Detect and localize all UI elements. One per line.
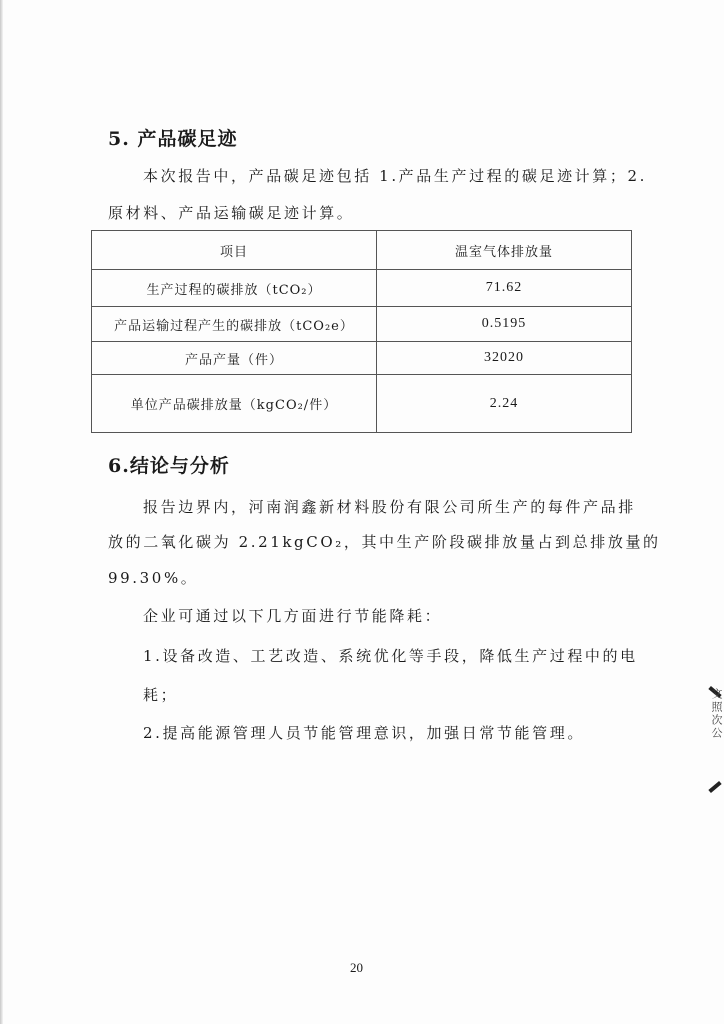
section-5-heading: 5. 产品碳足迹	[108, 124, 237, 151]
carbon-footprint-table: 项目 温室气体排放量 生产过程的碳排放（tCO₂） 71.62 产品运输过程产生…	[91, 230, 632, 433]
row-item: 生产过程的碳排放（tCO₂）	[92, 270, 377, 307]
header-item: 项目	[92, 231, 377, 270]
row-value: 32020	[377, 342, 632, 375]
page-edge	[0, 0, 3, 1024]
row-item: 单位产品碳排放量（kgCO₂/件）	[92, 375, 377, 433]
section-5-paragraph-line-1: 本次报告中，产品碳足迹包括 1.产品生产过程的碳足迹计算；2.	[143, 165, 647, 186]
header-emissions: 温室气体排放量	[377, 231, 632, 270]
row-value: 2.24	[377, 375, 632, 433]
table-row: 单位产品碳排放量（kgCO₂/件） 2.24	[92, 375, 632, 433]
table-header-row: 项目 温室气体排放量	[92, 231, 632, 270]
table-row: 产品产量（件） 32020	[92, 342, 632, 375]
section-6-p1-line-2: 放的二氧化碳为 2.21kgCO₂，其中生产阶段碳排放量占到总排放量的	[108, 531, 661, 552]
row-item: 产品产量（件）	[92, 342, 377, 375]
section-6-p1-line-1: 报告边界内，河南润鑫新材料股份有限公司所生产的每件产品排	[143, 496, 636, 517]
row-value: 0.5195	[377, 307, 632, 342]
recommendation-1-line-1: 1.设备改造、工艺改造、系统优化等手段，降低生产过程中的电	[143, 645, 638, 666]
seal-stamp-fragment: 文照次公	[702, 688, 724, 788]
row-item: 产品运输过程产生的碳排放（tCO₂e）	[92, 307, 377, 342]
recommendation-2: 2.提高能源管理人员节能管理意识，加强日常节能管理。	[143, 722, 585, 743]
section-6-p2: 企业可通过以下几方面进行节能降耗：	[143, 605, 442, 626]
section-6-heading: 6.结论与分析	[108, 451, 230, 478]
section-6-p1-line-3: 99.30%。	[108, 567, 198, 588]
table-row: 产品运输过程产生的碳排放（tCO₂e） 0.5195	[92, 307, 632, 342]
row-value: 71.62	[377, 270, 632, 307]
page-number: 20	[350, 960, 363, 976]
table-row: 生产过程的碳排放（tCO₂） 71.62	[92, 270, 632, 307]
section-5-paragraph-line-2: 原材料、产品运输碳足迹计算。	[108, 202, 354, 223]
recommendation-1-line-2: 耗；	[143, 684, 178, 705]
